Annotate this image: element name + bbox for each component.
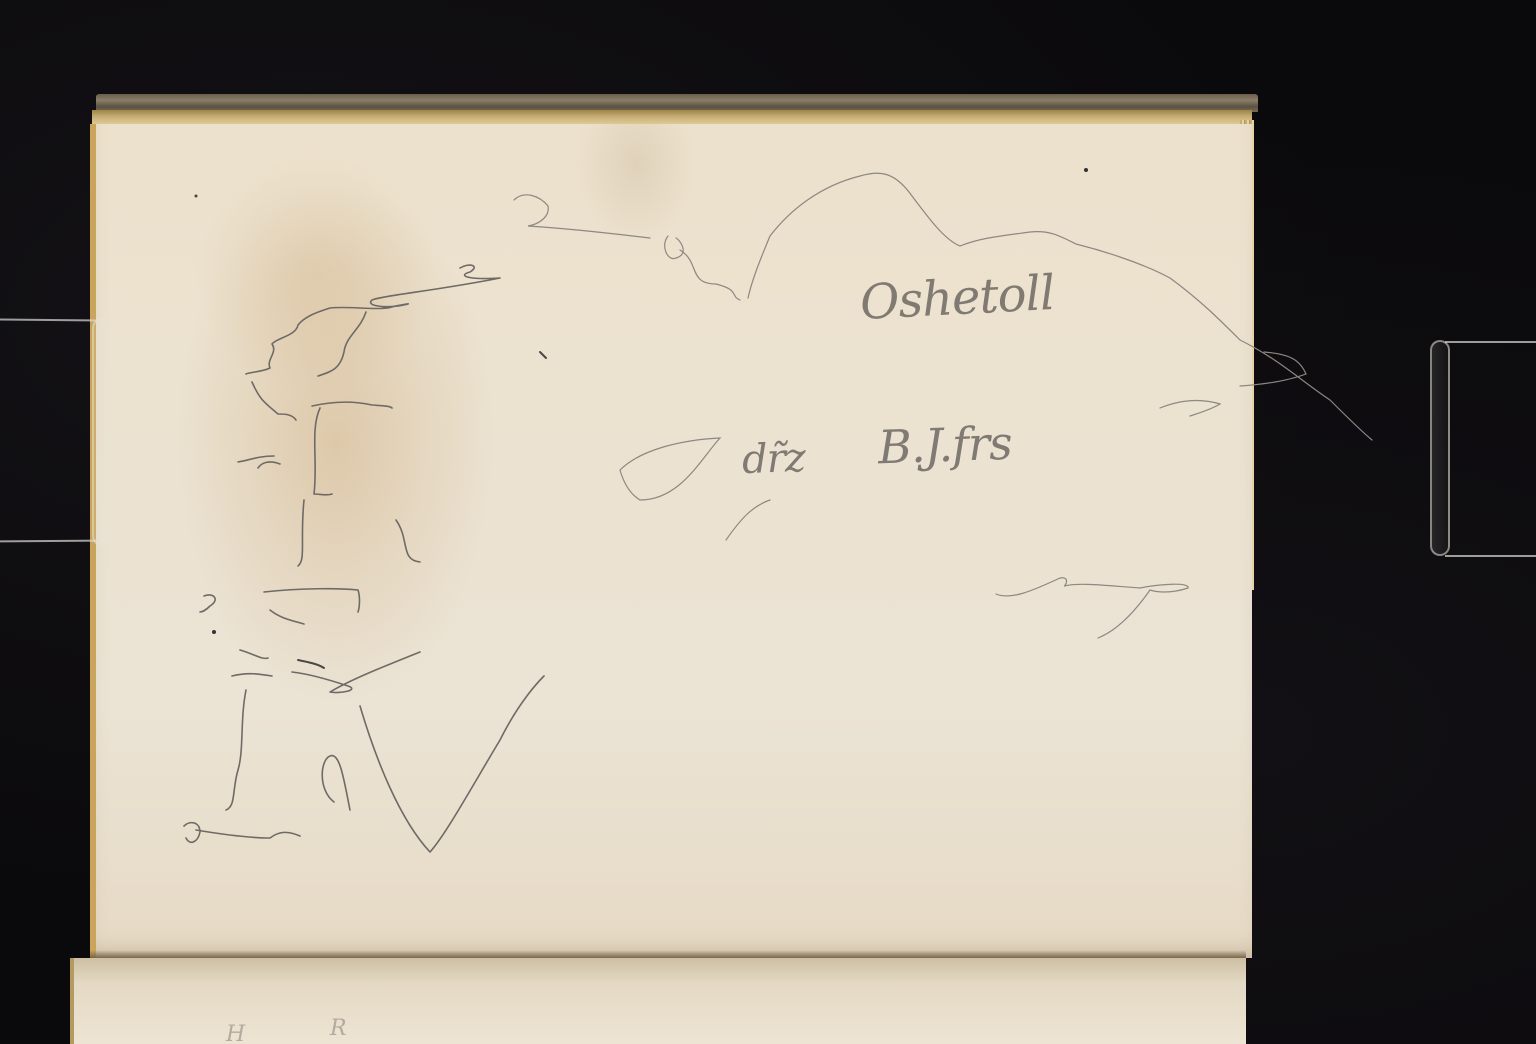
pencil-mark [540,352,546,358]
pencil-dot [1084,168,1088,172]
clip-wire [1445,555,1536,557]
pencil-dot [195,195,198,198]
sketchbook-photo: Oshetoll dr̃z B.J.frs H R Open sketchboo… [0,0,1536,1044]
upper-inscription: Oshetoll [859,265,1056,331]
next-page-mark-2: R [330,1016,347,1041]
middle-inscription-right: B.J.frs [877,416,1012,475]
pencil-dot [212,630,216,634]
next-page-mark-1: H [226,1022,245,1044]
middle-inscription-left: dr̃z [741,435,805,483]
rocky-coastline-sketch [184,265,544,852]
wave-stroke-sketch [996,578,1188,638]
pencil-sketch-layer [0,0,1536,1044]
clip-wire [1445,341,1536,343]
left-page-clip [92,318,112,546]
right-page-clip [1430,340,1450,556]
hill-outline-sketch [514,173,1372,540]
